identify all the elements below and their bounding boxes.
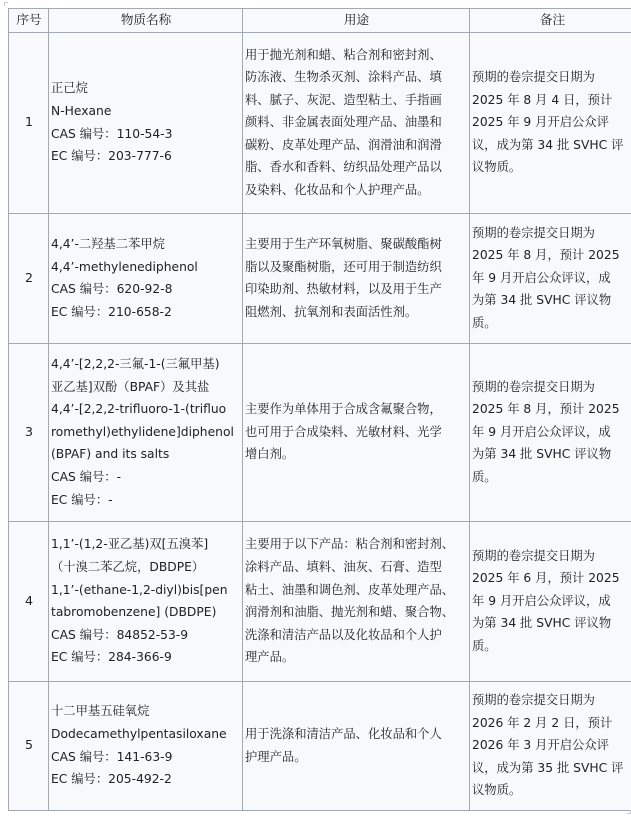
cas-number: CAS 编号：620-92-8 [51, 278, 241, 301]
substance-name-cn: 十二甲基五硅氧烷 [51, 700, 241, 723]
remarks-line: 为第 34 批 SVHC 评议物 [472, 443, 631, 466]
remarks-cell: 预期的卷宗提交日期为 2025 年 6 月，预计 2025 年 9 月开启公众评… [470, 521, 631, 681]
substance-name-cn: （十溴二苯乙烷，DBDPE） [51, 556, 241, 579]
remarks-line: 为第 34 批 SVHC 评议物 [472, 289, 631, 312]
header-substance-name: 物质名称 [49, 9, 243, 33]
usage-line: 防冻液、生物杀灭剂、涂料产品、填 [245, 66, 468, 89]
usage-line: 用于洗涤和清洁产品、化妆品和个人 [245, 723, 468, 746]
ec-number: EC 编号：203-777-6 [51, 145, 241, 168]
remarks-cell: 预期的卷宗提交日期为 2025 年 8 月 4 日，预计 2025 年 9 月开… [470, 32, 631, 213]
usage-line: 护理产品。 [245, 746, 468, 769]
table-row: 5 十二甲基五硅氧烷 Dodecamethylpentasiloxane CAS… [9, 681, 631, 810]
usage-line: 主要作为单体用于合成含氟聚合物， [245, 398, 468, 421]
substance-name-en: 1,1’-(ethane-1,2-diyl)bis[pen [51, 579, 241, 602]
substance-name-cn: 正己烷 [51, 77, 241, 100]
usage-line: 及染料、化妆品和个人护理产品。 [245, 179, 468, 202]
remarks-cell: 预期的卷宗提交日期为 2026 年 2 月 2 日，预计 2026 年 3 月开… [470, 681, 631, 810]
cas-number: CAS 编号：- [51, 466, 241, 489]
substance-name-en: N-Hexane [51, 100, 241, 123]
substance-name-en: 4,4’-[2,2,2-trifluoro-1-(trifluo [51, 398, 241, 421]
remarks-line: 议物质。 [472, 779, 631, 802]
table-row: 3 4,4’-[2,2,2-三氟-1-(三氟甲基) 亚乙基]双酚（BPAF）及其… [9, 343, 631, 521]
usage-line: 粘土、油墨和调色剂、皮革处理产品、 [245, 579, 468, 602]
substance-name-cell: 十二甲基五硅氧烷 Dodecamethylpentasiloxane CAS 编… [49, 681, 243, 810]
usage-line: 阻燃剂、抗氧剂和表面活性剂。 [245, 301, 468, 324]
remarks-cell: 预期的卷宗提交日期为 2025 年 8 月，预计 2025 年 9 月开启公众评… [470, 343, 631, 521]
remarks-line: 质。 [472, 466, 631, 489]
usage-line: 增白剂。 [245, 443, 468, 466]
usage-line: 涂料产品、填料、油灰、石膏、造型 [245, 556, 468, 579]
usage-line: 颜料、非金属表面处理产品、油墨和 [245, 111, 468, 134]
remarks-line: 年 9 月开启公众评议，成 [472, 267, 631, 290]
remarks-line: 议，成为第 34 批 SVHC 评 [472, 134, 631, 157]
cas-number: CAS 编号：110-54-3 [51, 123, 241, 146]
usage-cell: 主要作为单体用于合成含氟聚合物， 也可用于合成染料、光敏材料、光学 增白剂。 [243, 343, 470, 521]
substance-name-en: tabromobenzene] (DBDPE) [51, 601, 241, 624]
remarks-line: 2025 年 6 月，预计 2025 [472, 567, 631, 590]
cas-number: CAS 编号：141-63-9 [51, 746, 241, 769]
remarks-line: 2025 年 8 月 4 日，预计 [472, 89, 631, 112]
ec-number: EC 编号：- [51, 489, 241, 512]
remarks-line: 年 9 月开启公众评议，成 [472, 421, 631, 444]
substance-name-en: romethyl)ethylidene]diphenol [51, 421, 241, 444]
usage-line: 脂以及聚酯树脂，还可用于制造纺织 [245, 256, 468, 279]
serial-number-cell: 2 [9, 213, 49, 343]
svhc-substance-table: 序号 物质名称 用途 备注 1 正己烷 N-Hexane CAS 编号：110-… [8, 8, 631, 811]
substance-name-cn: 1,1’-(1,2-亚乙基)双[五溴苯] [51, 533, 241, 556]
substance-name-cell: 4,4’-二羟基二苯甲烷 4,4’-methylenediphenol CAS … [49, 213, 243, 343]
usage-cell: 用于抛光剂和蜡、粘合剂和密封剂、 防冻液、生物杀灭剂、涂料产品、填 料、腻子、灰… [243, 32, 470, 213]
substance-name-cn: 4,4’-[2,2,2-三氟-1-(三氟甲基) [51, 353, 241, 376]
usage-line: 也可用于合成染料、光敏材料、光学 [245, 421, 468, 444]
usage-line: 印染助剂、热敏材料，以及用于生产 [245, 278, 468, 301]
remarks-line: 2026 年 3 月开启公众评 [472, 734, 631, 757]
remarks-line: 预期的卷宗提交日期为 [472, 689, 631, 712]
substance-name-cell: 1,1’-(1,2-亚乙基)双[五溴苯] （十溴二苯乙烷，DBDPE） 1,1’… [49, 521, 243, 681]
substance-name-en: Dodecamethylpentasiloxane [51, 723, 241, 746]
usage-cell: 用于洗涤和清洁产品、化妆品和个人 护理产品。 [243, 681, 470, 810]
usage-line: 主要用于生产环氧树脂、聚碳酸酯树 [245, 233, 468, 256]
usage-line: 料、腻子、灰泥、造型粘土、手指画 [245, 89, 468, 112]
table-header-row: 序号 物质名称 用途 备注 [9, 9, 631, 33]
substance-name-cell: 正己烷 N-Hexane CAS 编号：110-54-3 EC 编号：203-7… [49, 32, 243, 213]
serial-number-cell: 4 [9, 521, 49, 681]
remarks-line: 年 9 月开启公众评议，成 [472, 590, 631, 613]
ec-number: EC 编号：205-492-2 [51, 768, 241, 791]
corner-marker [627, 810, 631, 814]
usage-line: 洗涤和清洁产品以及化妆品和个人护 [245, 624, 468, 647]
remarks-line: 议，成为第 35 批 SVHC 评 [472, 757, 631, 780]
usage-line: 用于抛光剂和蜡、粘合剂和密封剂、 [245, 44, 468, 67]
usage-cell: 主要用于以下产品：粘合剂和密封剂、 涂料产品、填料、油灰、石膏、造型 粘土、油墨… [243, 521, 470, 681]
usage-line: 主要用于以下产品：粘合剂和密封剂、 [245, 533, 468, 556]
header-remarks: 备注 [470, 9, 631, 33]
remarks-line: 预期的卷宗提交日期为 [472, 66, 631, 89]
remarks-line: 2026 年 2 月 2 日，预计 [472, 712, 631, 735]
header-serial-number: 序号 [9, 9, 49, 33]
table-row: 1 正己烷 N-Hexane CAS 编号：110-54-3 EC 编号：203… [9, 32, 631, 213]
remarks-line: 预期的卷宗提交日期为 [472, 222, 631, 245]
substance-name-en: (BPAF) and its salts [51, 443, 241, 466]
serial-number-cell: 3 [9, 343, 49, 521]
ec-number: EC 编号：210-658-2 [51, 301, 241, 324]
remarks-line: 质。 [472, 635, 631, 658]
remarks-cell: 预期的卷宗提交日期为 2025 年 8 月，预计 2025 年 9 月开启公众评… [470, 213, 631, 343]
corner-marker [4, 2, 8, 6]
ec-number: EC 编号：284-366-9 [51, 646, 241, 669]
serial-number-cell: 1 [9, 32, 49, 213]
remarks-line: 2025 年 8 月，预计 2025 [472, 244, 631, 267]
usage-cell: 主要用于生产环氧树脂、聚碳酸酯树 脂以及聚酯树脂，还可用于制造纺织 印染助剂、热… [243, 213, 470, 343]
remarks-line: 预期的卷宗提交日期为 [472, 545, 631, 568]
remarks-line: 2025 年 9 月开启公众评 [472, 111, 631, 134]
remarks-line: 2025 年 8 月，预计 2025 [472, 398, 631, 421]
remarks-line: 质。 [472, 312, 631, 335]
table-row: 4 1,1’-(1,2-亚乙基)双[五溴苯] （十溴二苯乙烷，DBDPE） 1,… [9, 521, 631, 681]
remarks-line: 预期的卷宗提交日期为 [472, 376, 631, 399]
remarks-line: 议物质。 [472, 156, 631, 179]
serial-number-cell: 5 [9, 681, 49, 810]
substance-name-cn: 亚乙基]双酚（BPAF）及其盐 [51, 376, 241, 399]
cas-number: CAS 编号：84852-53-9 [51, 624, 241, 647]
usage-line: 脂、香水和香料、纺织品处理产品以 [245, 156, 468, 179]
substance-name-cell: 4,4’-[2,2,2-三氟-1-(三氟甲基) 亚乙基]双酚（BPAF）及其盐 … [49, 343, 243, 521]
usage-line: 润滑剂和油脂、抛光剂和蜡、聚合物、 [245, 601, 468, 624]
substance-name-cn: 4,4’-二羟基二苯甲烷 [51, 233, 241, 256]
substance-name-en: 4,4’-methylenediphenol [51, 256, 241, 279]
remarks-line: 为第 34 批 SVHC 评议物 [472, 612, 631, 635]
table-row: 2 4,4’-二羟基二苯甲烷 4,4’-methylenediphenol CA… [9, 213, 631, 343]
usage-line: 碳粉、皮革处理产品、润滑油和润滑 [245, 134, 468, 157]
header-usage: 用途 [243, 9, 470, 33]
usage-line: 理产品。 [245, 646, 468, 669]
